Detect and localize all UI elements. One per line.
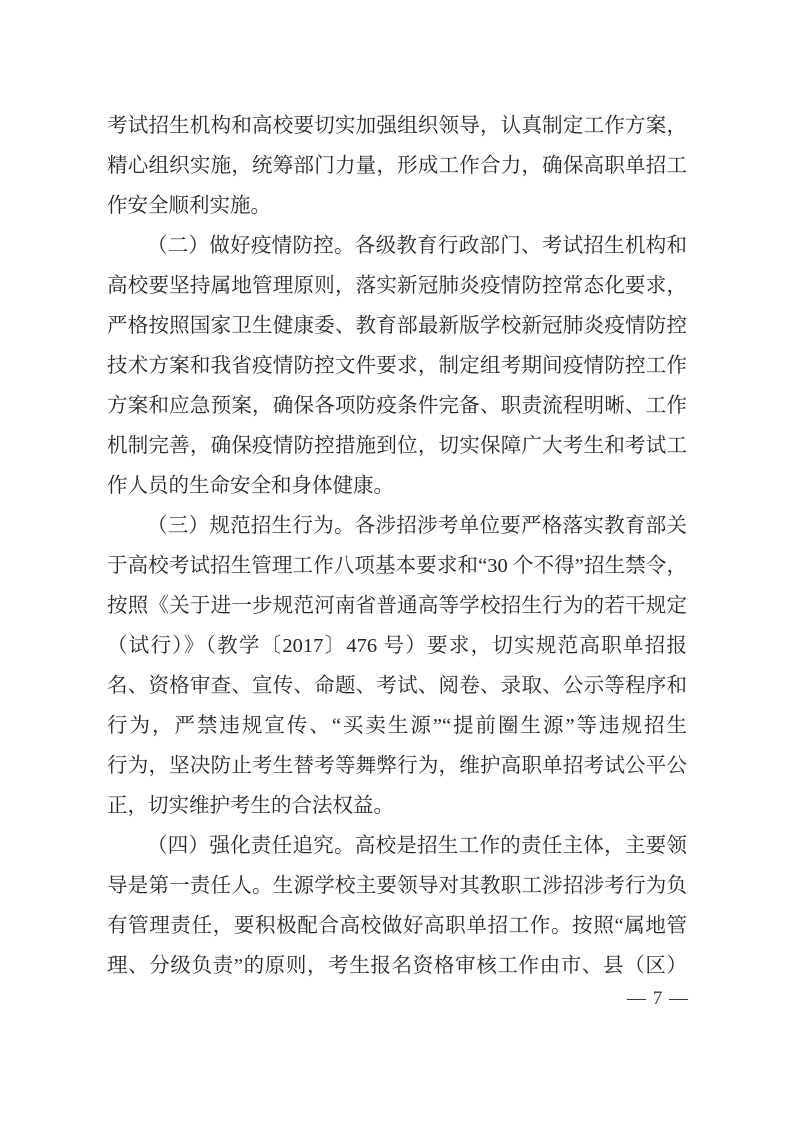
text-line: 技术方案和我省疫情防控文件要求，制定组考期间疫情防控工作 bbox=[107, 346, 687, 386]
text-line: 精心组织实施，统筹部门力量，形成工作合力，确保高职单招工 bbox=[107, 146, 687, 186]
text-line: （试行）》（教学〔2017〕476 号）要求，切实规范高职单招报 bbox=[107, 626, 687, 666]
text-line: 按照《关于进一步规范河南省普通高等学校招生行为的若干规定 bbox=[107, 586, 687, 626]
text-line: 行为，坚决防止考生替考等舞弊行为，维护高职单招考试公平公 bbox=[107, 746, 687, 786]
page-number: — 7 — bbox=[627, 986, 689, 1012]
text-line: 方案和应急预案，确保各项防疫条件完备、职责流程明晰、工作 bbox=[107, 386, 687, 426]
text-line: 导是第一责任人。生源学校主要领导对其教职工涉招涉考行为负 bbox=[107, 866, 687, 906]
text-line: 机制完善，确保疫情防控措施到位，切实保障广大考生和考试工 bbox=[107, 426, 687, 466]
text-line: 于高校考试招生管理工作八项基本要求和“30 个不得”招生禁令， bbox=[107, 546, 687, 586]
text-line: 严格按照国家卫生健康委、教育部最新版学校新冠肺炎疫情防控 bbox=[107, 306, 687, 346]
text-line: 正，切实维护考生的合法权益。 bbox=[107, 786, 687, 826]
text-line: 作安全顺利实施。 bbox=[107, 186, 687, 226]
text-line: （二）做好疫情防控。各级教育行政部门、考试招生机构和 bbox=[107, 226, 687, 266]
document-page: 考试招生机构和高校要切实加强组织领导，认真制定工作方案，精心组织实施，统筹部门力… bbox=[0, 0, 793, 1122]
text-block: 考试招生机构和高校要切实加强组织领导，认真制定工作方案，精心组织实施，统筹部门力… bbox=[107, 106, 687, 986]
text-line: （四）强化责任追究。高校是招生工作的责任主体，主要领 bbox=[107, 826, 687, 866]
text-line: 行为，严禁违规宣传、“买卖生源”“提前圈生源”等违规招生 bbox=[107, 706, 687, 746]
text-line: 高校要坚持属地管理原则，落实新冠肺炎疫情防控常态化要求， bbox=[107, 266, 687, 306]
text-line: （三）规范招生行为。各涉招涉考单位要严格落实教育部关 bbox=[107, 506, 687, 546]
text-line: 作人员的生命安全和身体健康。 bbox=[107, 466, 687, 506]
text-line: 有管理责任，要积极配合高校做好高职单招工作。按照“属地管 bbox=[107, 906, 687, 946]
text-line: 名、资格审查、宣传、命题、考试、阅卷、录取、公示等程序和 bbox=[107, 666, 687, 706]
text-line: 理、分级负责”的原则，考生报名资格审核工作由市、县（区） bbox=[107, 946, 687, 986]
text-line: 考试招生机构和高校要切实加强组织领导，认真制定工作方案， bbox=[107, 106, 687, 146]
